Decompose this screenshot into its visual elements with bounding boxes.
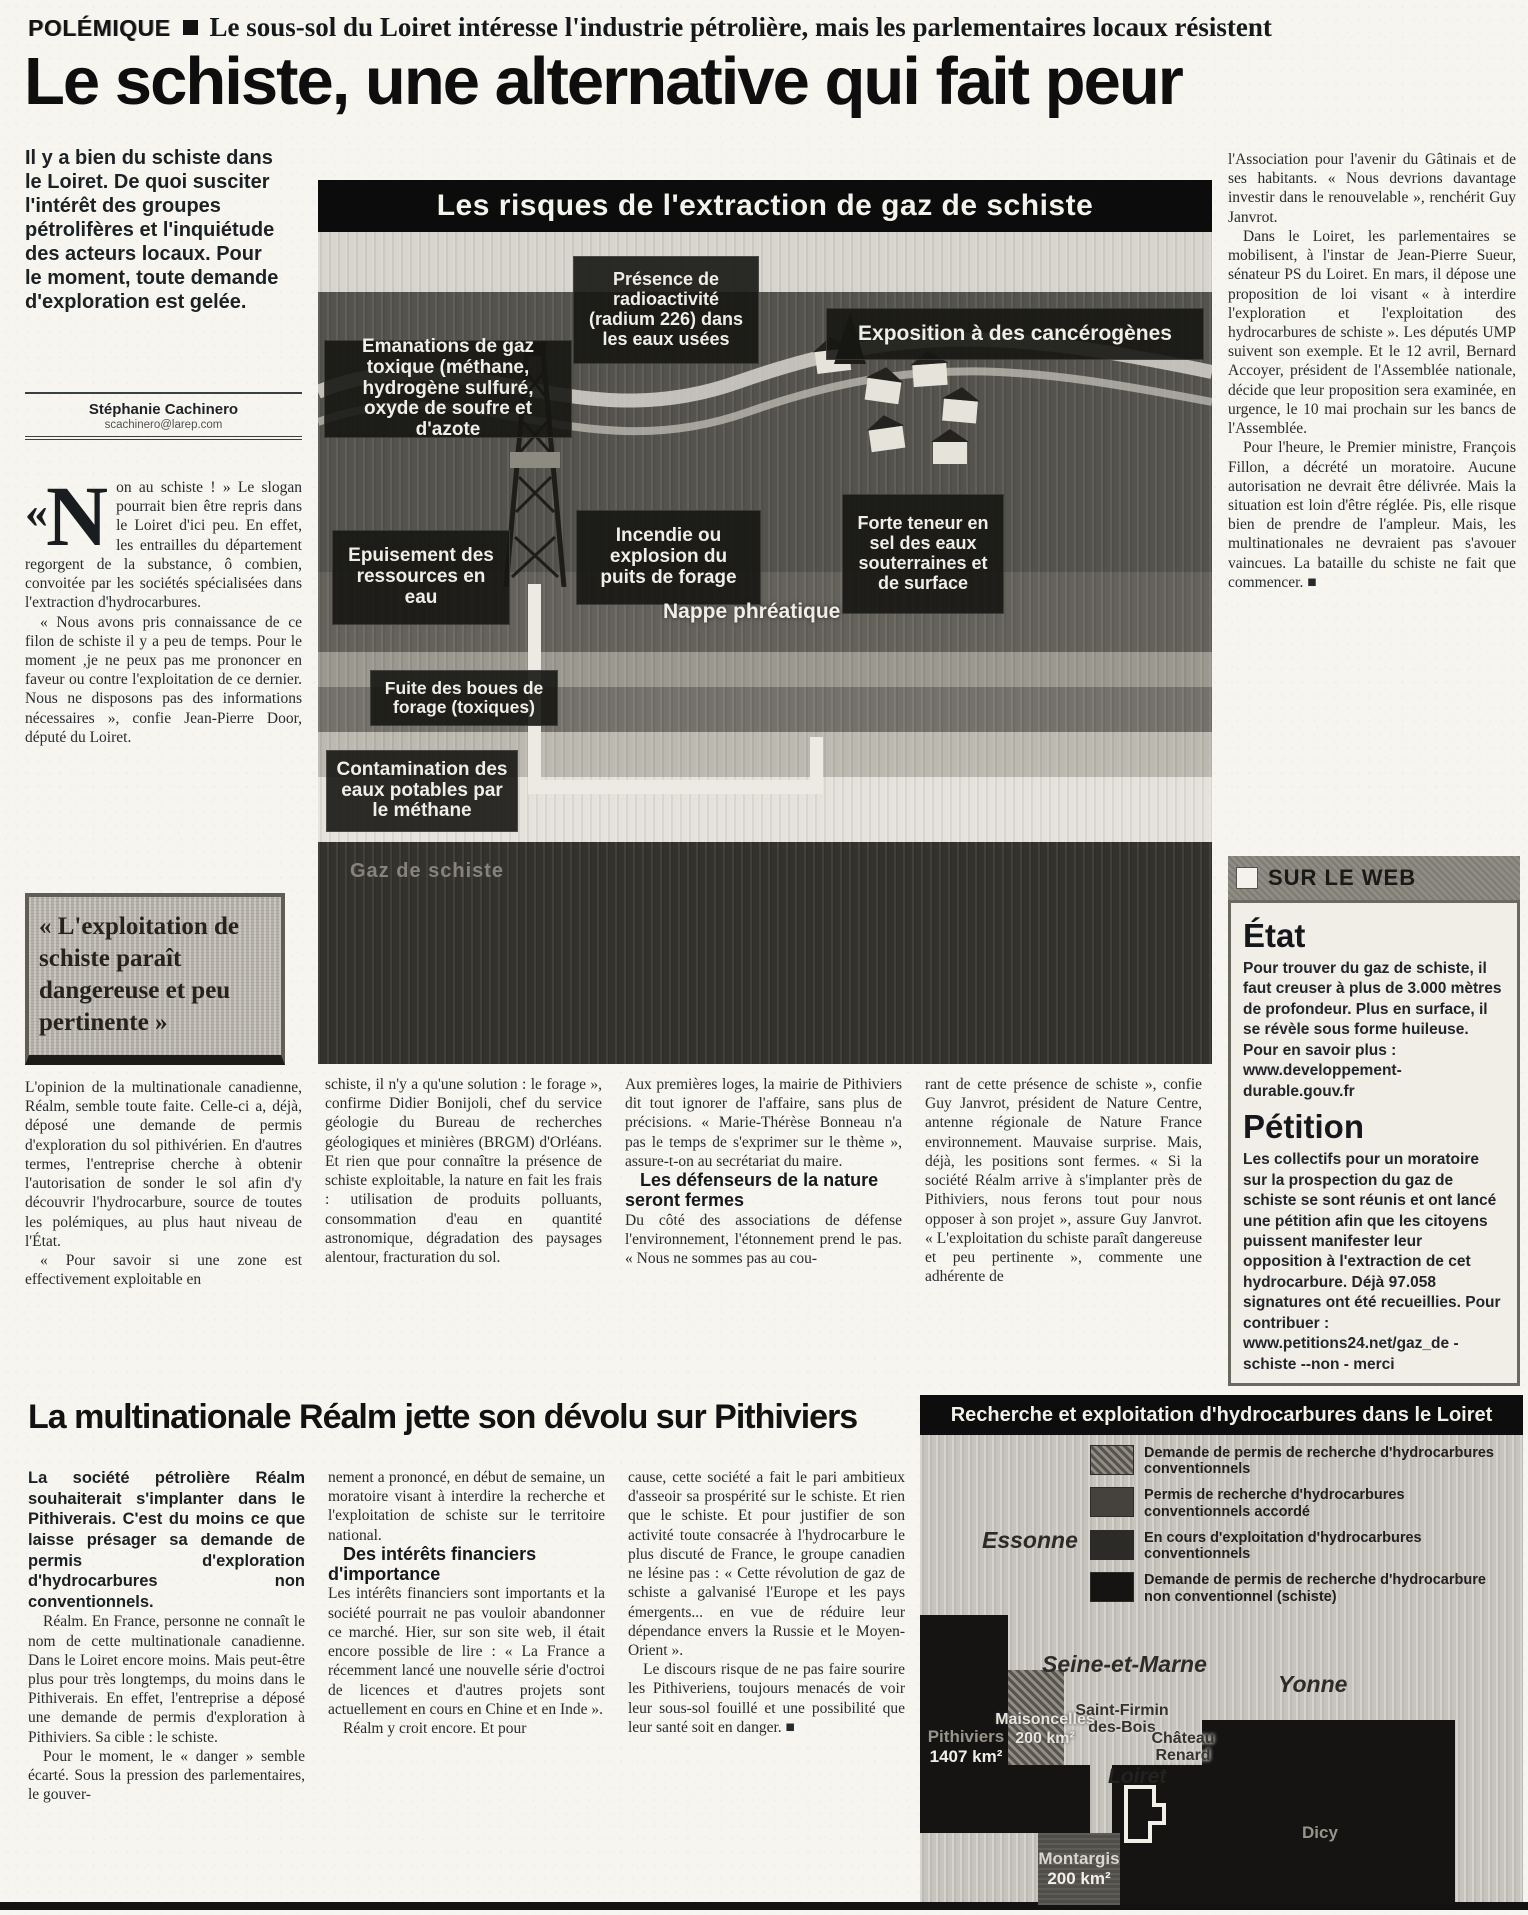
main-headline: Le schiste, une alternative qui fait peu… xyxy=(24,48,1514,115)
article1-column2: schiste, il n'y a qu'une solution : le f… xyxy=(325,1075,602,1388)
house-icon xyxy=(865,378,902,405)
paragraph: « Pour savoir si une zone est effectivem… xyxy=(25,1251,302,1289)
web-box-title: SUR LE WEB xyxy=(1268,865,1416,891)
dept-essonne: Essonne xyxy=(982,1527,1078,1554)
risk-label-forte-teneur: Forte teneur en sel des eaux souterraine… xyxy=(842,494,1004,614)
house-icon xyxy=(933,442,967,464)
article2-column3: cause, cette société a fait le pari ambi… xyxy=(628,1468,905,1893)
risks-infographic: Les risques de l'extraction de gaz de sc… xyxy=(318,180,1212,1064)
label-montargis: Montargis xyxy=(1032,1849,1126,1869)
paragraph: Réalm y croit encore. Et pour xyxy=(328,1719,605,1738)
paragraph: Du côté des associations de défense l'en… xyxy=(625,1211,902,1269)
article1-column5: l'Association pour l'avenir du Gâtinais … xyxy=(1228,150,1516,840)
legend-label: Demande de permis de recherche d'hydroca… xyxy=(1144,1445,1514,1477)
subhead-interets: Des intérêts financiers d'importance xyxy=(328,1545,605,1585)
house-icon xyxy=(942,399,978,424)
label-montargis-area: 200 km² xyxy=(1032,1869,1126,1889)
paragraph: schiste, il n'y a qu'une solution : le f… xyxy=(325,1075,602,1267)
legend-label: Permis de recherche d'hydrocarbures conv… xyxy=(1144,1487,1514,1519)
nappe-phreatique-label: Nappe phréatique xyxy=(663,600,840,624)
dept-seine-et-marne: Seine-et-Marne xyxy=(1042,1651,1207,1678)
infographic-title: Les risques de l'extraction de gaz de sc… xyxy=(318,180,1212,232)
drop-cap: «N xyxy=(25,482,108,551)
risk-label-epuisement: Epuisement des ressources en eau xyxy=(332,530,510,625)
risk-label-contamination: Contamination des eaux potables par le m… xyxy=(326,750,518,832)
paragraph: Pour l'heure, le Premier ministre, Franç… xyxy=(1228,438,1516,592)
paragraph: L'opinion de la multinationale canadienn… xyxy=(25,1078,302,1251)
secondary-headline: La multinationale Réalm jette son dévolu… xyxy=(28,1398,913,1437)
permit-outline-polygon xyxy=(1120,1783,1168,1845)
lead-paragraph: La société pétrolière Réalm souhaiterait… xyxy=(28,1468,305,1612)
paragraph: Le discours risque de ne pas faire souri… xyxy=(628,1660,905,1737)
byline-name: Stéphanie Cachinero xyxy=(25,401,302,418)
zone-pithiviers-foot xyxy=(1008,1765,1090,1833)
newspaper-page: POLÉMIQUE Le sous-sol du Loiret intéress… xyxy=(0,0,1528,1915)
legend-item: Demande de permis de recherche d'hydroca… xyxy=(1090,1572,1514,1604)
map-body: Demande de permis de recherche d'hydroca… xyxy=(920,1435,1523,1905)
kicker-text: Le sous-sol du Loiret intéresse l'indust… xyxy=(210,12,1272,43)
risk-label-radioactivite: Présence de radioactivité (radium 226) d… xyxy=(573,256,759,364)
article2-column2: nement a prononcé, en début de semaine, … xyxy=(328,1468,605,1893)
web-petition-title: Pétition xyxy=(1243,1108,1505,1146)
legend-swatch-darkgray xyxy=(1090,1487,1134,1517)
web-petition-text: Les collectifs pour un moratoire sur la … xyxy=(1243,1150,1505,1375)
map-title: Recherche et exploitation d'hydrocarbure… xyxy=(920,1395,1523,1435)
article1-column1-cont: L'opinion de la multinationale canadienn… xyxy=(25,1078,302,1388)
pull-quote: « L'exploitation de schiste paraît dange… xyxy=(25,893,285,1065)
subhead-defenseurs: Les défenseurs de la nature seront ferme… xyxy=(625,1171,902,1211)
label-maisoncelles: Maisoncelles xyxy=(980,1711,1110,1729)
web-etat-title: État xyxy=(1243,917,1505,955)
web-square-icon xyxy=(1236,867,1258,889)
label-pithiviers-area: 1407 km² xyxy=(924,1747,1008,1767)
legend-swatch-black xyxy=(1090,1572,1134,1602)
legend-item: En cours d'exploitation d'hydrocarbures … xyxy=(1090,1530,1514,1562)
paragraph: rant de cette présence de schiste », con… xyxy=(925,1075,1202,1286)
legend-item: Demande de permis de recherche d'hydroca… xyxy=(1090,1445,1514,1477)
paragraph: Pour le moment, le « danger » semble éca… xyxy=(28,1747,305,1805)
paragraph: l'Association pour l'avenir du Gâtinais … xyxy=(1228,150,1516,227)
dept-yonne: Yonne xyxy=(1278,1671,1347,1698)
paragraph: Aux premières loges, la mairie de Pithiv… xyxy=(625,1075,902,1171)
byline: Stéphanie Cachinero scachinero@larep.com xyxy=(25,392,302,440)
drill-pipe-horizontal xyxy=(528,780,823,794)
paragraph: Les intérêts financiers sont importants … xyxy=(328,1584,605,1719)
label-chateau-renard: Château Renard xyxy=(1138,1731,1228,1765)
risk-label-fuite: Fuite des boues de forage (toxiques) xyxy=(370,670,558,726)
kicker-square-icon xyxy=(183,20,198,35)
legend-label: En cours d'exploitation d'hydrocarbures … xyxy=(1144,1530,1514,1562)
legend-item: Permis de recherche d'hydrocarbures conv… xyxy=(1090,1487,1514,1519)
paragraph: Réalm. En France, personne ne connaît le… xyxy=(28,1612,305,1747)
article-intro: Il y a bien du schiste dans le Loiret. D… xyxy=(25,146,280,314)
house-icon xyxy=(869,426,906,453)
web-box: État Pour trouver du gaz de schiste, il … xyxy=(1228,900,1520,1386)
paragraph: Dans le Loiret, les parlementaires se mo… xyxy=(1228,227,1516,438)
risk-label-incendie: Incendie ou explosion du puits de forage xyxy=(576,510,761,605)
article1-column1: «N on au schiste ! » Le slogan pourrait … xyxy=(25,478,302,888)
gaz-de-schiste-label: Gaz de schiste xyxy=(350,860,504,883)
paragraph: cause, cette société a fait le pari ambi… xyxy=(628,1468,905,1660)
article1-column3: Aux premières loges, la mairie de Pithiv… xyxy=(625,1075,902,1388)
paragraph: « Nous avons pris connaissance de ce fil… xyxy=(25,613,302,748)
article1-column4: rant de cette présence de schiste », con… xyxy=(925,1075,1202,1388)
legend-swatch-darker xyxy=(1090,1530,1134,1560)
label-dicy: Dicy xyxy=(1280,1823,1360,1843)
risk-label-emanations: Emanations de gaz toxique (méthane, hydr… xyxy=(324,340,572,438)
risk-label-exposition: Exposition à des cancérogènes xyxy=(826,308,1204,360)
web-box-header: SUR LE WEB xyxy=(1228,856,1520,900)
house-icon xyxy=(912,363,947,387)
zone-dicy-upper xyxy=(1202,1720,1455,1770)
legend-label: Demande de permis de recherche d'hydroca… xyxy=(1144,1572,1514,1604)
paragraph: nement a prononcé, en début de semaine, … xyxy=(328,1468,605,1545)
web-etat-text: Pour trouver du gaz de schiste, il faut … xyxy=(1243,959,1505,1102)
map-legend: Demande de permis de recherche d'hydroca… xyxy=(1090,1445,1514,1615)
loiret-map: Recherche et exploitation d'hydrocarbure… xyxy=(920,1395,1523,1905)
kicker-tag: POLÉMIQUE xyxy=(28,15,171,42)
legend-swatch-hatched xyxy=(1090,1445,1134,1475)
drill-pipe-upturn xyxy=(810,737,823,787)
byline-email: scachinero@larep.com xyxy=(25,419,302,431)
article2-column1: La société pétrolière Réalm souhaiterait… xyxy=(28,1468,305,1893)
kicker: POLÉMIQUE Le sous-sol du Loiret intéress… xyxy=(28,12,1508,43)
infographic-scene: Emanations de gaz toxique (méthane, hydr… xyxy=(318,232,1212,1064)
label-maisoncelles-area: 200 km² xyxy=(980,1730,1110,1748)
